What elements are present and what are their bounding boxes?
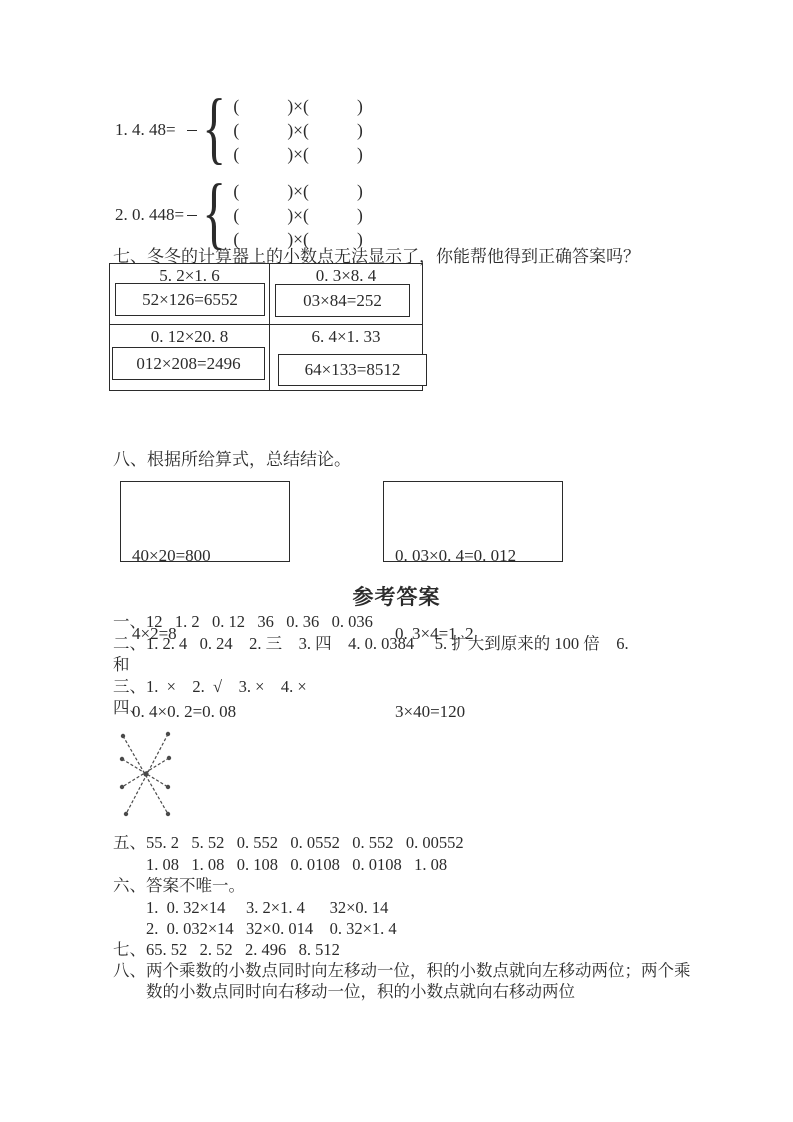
blank-product-row: ( )×( ) — [233, 142, 362, 166]
equation-line: 3×40=120 — [395, 699, 562, 725]
blank-product-rows: ( )×( ) ( )×( ) ( )×( ) — [233, 94, 362, 166]
calc-display-box: 64×133=8512 — [278, 354, 427, 386]
answer-line-8b: 数的小数点同时向右移动一位，积的小数点就向右移动两位 — [113, 982, 575, 1002]
calc-display-box: 03×84=252 — [275, 284, 410, 317]
answer-line-2b: 和 — [113, 655, 130, 675]
calc-expression: 0. 3×8. 4 — [270, 266, 422, 286]
blank-product-row: ( )×( ) — [233, 118, 362, 142]
answer-line-4: 四、 — [113, 698, 146, 718]
calc-display-box: 52×126=6552 — [115, 283, 265, 316]
left-brace: { — [202, 90, 226, 166]
answer-line-6a: 1. 0. 32×14 3. 2×1. 4 32×0. 14 — [113, 898, 388, 918]
calc-cell-3: 0. 12×20. 8 012×208=2496 — [110, 324, 269, 390]
answer-line-1: 一、12 1. 2 0. 12 36 0. 36 0. 036 — [113, 612, 373, 632]
problem-1-label: 1. 4. 48= — [115, 120, 187, 140]
equations-box-right: 0. 03×0. 4=0. 012 0. 3×4=1. 2 3×40=120 — [383, 481, 563, 562]
decomposition-problem-2: 2. 0. 448= { ( )×( ) ( )×( ) ( )×( ) — [115, 179, 363, 251]
calc-cell-2: 0. 3×8. 4 03×84=252 — [269, 264, 422, 324]
answers-heading: 参考答案 — [0, 581, 793, 611]
answer-diagram-crossing-lines — [109, 727, 219, 825]
equation-line: 0. 03×0. 4=0. 012 — [395, 543, 562, 569]
answer-line-5b: 1. 08 1. 08 0. 108 0. 0108 0. 0108 1. 08 — [113, 855, 447, 875]
calc-cell-1: 5. 2×1. 6 52×126=6552 — [110, 264, 269, 324]
answer-line-7: 七、65. 52 2. 52 2. 496 8. 512 — [113, 940, 340, 960]
blank-product-rows: ( )×( ) ( )×( ) ( )×( ) — [233, 179, 362, 251]
brace-tick — [187, 130, 197, 131]
calculator-table: 5. 2×1. 6 52×126=6552 0. 3×8. 4 03×84=25… — [109, 263, 423, 391]
calc-expression: 6. 4×1. 33 — [270, 327, 422, 347]
answer-line-3: 三、1. × 2. √ 3. × 4. × — [113, 677, 307, 697]
brace-tick — [187, 215, 197, 216]
answer-line-6: 六、答案不唯一。 — [113, 876, 245, 896]
answer-line-2: 二、1. 2. 4 0. 24 2. 三 3. 四 4. 0. 0384 5. … — [113, 634, 629, 654]
equation-line: 0. 4×0. 2=0. 08 — [132, 699, 289, 725]
blank-product-row: ( )×( ) — [233, 94, 362, 118]
problem-2-label: 2. 0. 448= — [115, 205, 187, 225]
answer-line-8: 八、两个乘数的小数点同时向左移动一位，积的小数点就向左移动两位；两个乘 — [113, 961, 691, 981]
equation-line: 40×20=800 — [132, 543, 289, 569]
calc-display-box: 012×208=2496 — [112, 347, 265, 380]
answer-line-5: 五、55. 2 5. 52 0. 552 0. 0552 0. 552 0. 0… — [113, 833, 464, 853]
equations-box-left: 40×20=800 4×2=8 0. 4×0. 2=0. 08 — [120, 481, 290, 562]
decomposition-problem-1: 1. 4. 48= { ( )×( ) ( )×( ) ( )×( ) — [115, 94, 363, 166]
answer-line-6b: 2. 0. 032×14 32×0. 014 0. 32×1. 4 — [113, 919, 397, 939]
left-brace: { — [202, 175, 226, 251]
calc-cell-4: 6. 4×1. 33 64×133=8512 — [269, 324, 422, 390]
blank-product-row: ( )×( ) — [233, 203, 362, 227]
question-8-title: 八、根据所给算式，总结结论。 — [113, 445, 351, 470]
worksheet-page: 1. 4. 48= { ( )×( ) ( )×( ) ( )×( ) 2. 0… — [0, 0, 793, 1122]
calc-expression: 0. 12×20. 8 — [110, 327, 269, 347]
blank-product-row: ( )×( ) — [233, 179, 362, 203]
